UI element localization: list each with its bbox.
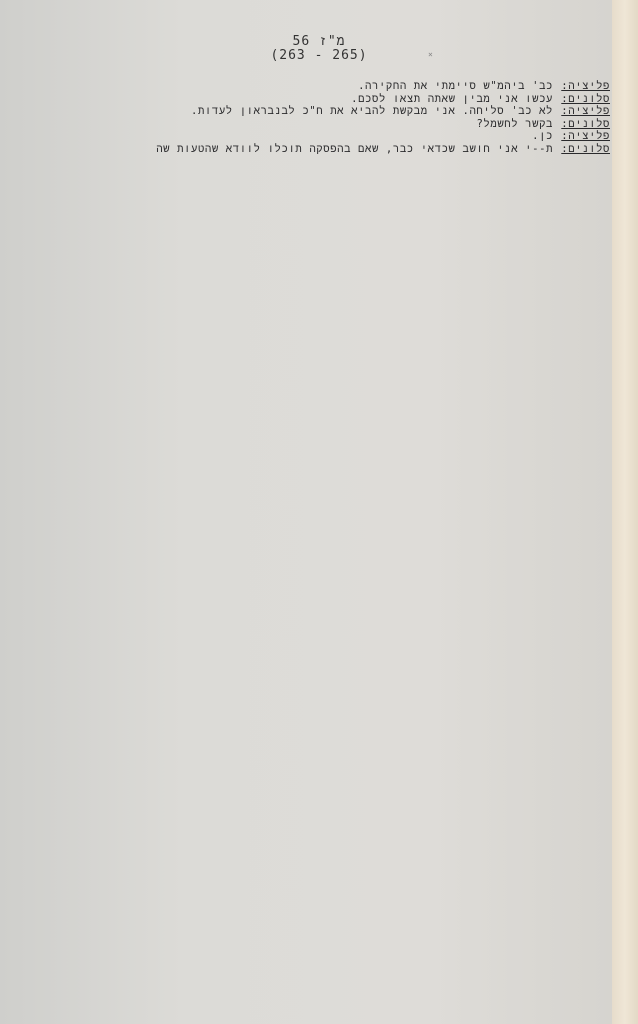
page-range: (263 - 265): [0, 48, 638, 63]
page-label: מ"ז 56: [0, 34, 638, 49]
speaker-label: פליציה:: [560, 130, 610, 143]
transcript-line: פליציה: כן.: [24, 130, 610, 143]
transcript-body: פליציה: כב' ביהמ"ש סיימתי את החקירה.סלונ…: [24, 80, 610, 156]
speck-mark: ×: [428, 50, 433, 59]
transcript-line: פליציה: לא כב' סליחה. אני מבקשת להביא את…: [24, 105, 610, 118]
speaker-label: סלונים:: [560, 143, 610, 156]
speaker-label: פליציה:: [560, 105, 610, 118]
line-text: בקשר לחשמל?: [476, 118, 560, 130]
speaker-label: סלונים:: [560, 93, 610, 106]
line-text: ת--י אני חושב שכדאי כבר, שאם בהפסקה תוכל…: [156, 143, 560, 155]
transcript-line: סלונים: ת--י אני חושב שכדאי כבר, שאם בהפ…: [24, 143, 610, 156]
transcript-line: פליציה: כב' ביהמ"ש סיימתי את החקירה.: [24, 80, 610, 93]
line-text: כב' ביהמ"ש סיימתי את החקירה.: [358, 80, 560, 92]
speaker-label: פליציה:: [560, 80, 610, 93]
line-text: עכשו אני מבין שאתה תצאו לסכם.: [351, 93, 560, 105]
speaker-label: סלונים:: [560, 118, 610, 131]
line-text: כן.: [532, 130, 560, 142]
line-text: לא כב' סליחה. אני מבקשת להביא את ח"כ לבנ…: [191, 105, 560, 117]
transcript-line: סלונים: בקשר לחשמל?: [24, 118, 610, 131]
page-edge: [612, 0, 638, 1024]
transcript-line: סלונים: עכשו אני מבין שאתה תצאו לסכם.: [24, 93, 610, 106]
